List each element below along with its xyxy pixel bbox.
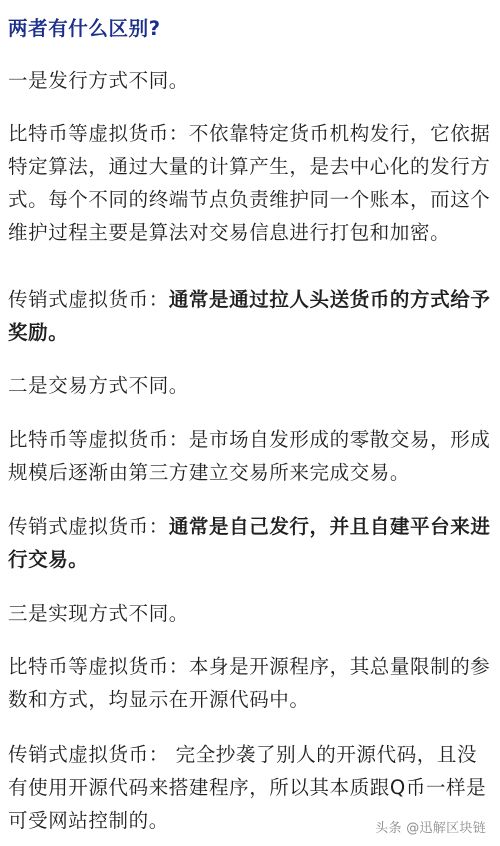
article-heading: 两者有什么区别? [8,12,494,45]
section-2-bitcoin-paragraph: 比特币等虚拟货币：是市场自发形成的零散交易，形成规模后逐渐由第三方建立交易所来完… [8,423,494,489]
source-watermark: 头条 @迅解区块链 [375,817,486,836]
pyramid-label: 传销式虚拟货币： [8,288,169,311]
bitcoin-label: 比特币等虚拟货币： [8,655,189,678]
section-2-title: 二是交易方式不同。 [8,369,494,402]
bitcoin-label: 比特币等虚拟货币： [8,122,189,145]
section-3-bitcoin-paragraph: 比特币等虚拟货币：本身是开源程序，其总量限制的参数和方式，均显示在开源代码中。 [8,650,494,716]
section-2-pyramid-paragraph: 传销式虚拟货币：通常是自己发行，并且自建平台来进行交易。 [8,510,494,576]
pyramid-label: 传销式虚拟货币： [8,515,169,538]
bitcoin-label: 比特币等虚拟货币： [8,428,189,451]
section-1-pyramid-paragraph: 传销式虚拟货币：通常是通过拉人头送货币的方式给予奖励。 [8,283,494,349]
section-1-title: 一是发行方式不同。 [8,64,494,97]
section-1-bitcoin-paragraph: 比特币等虚拟货币：不依靠特定货币机构发行，它依据特定算法，通过大量的计算产生，是… [8,117,494,249]
pyramid-label: 传销式虚拟货币： [8,743,169,766]
section-3-title: 三是实现方式不同。 [8,597,494,630]
